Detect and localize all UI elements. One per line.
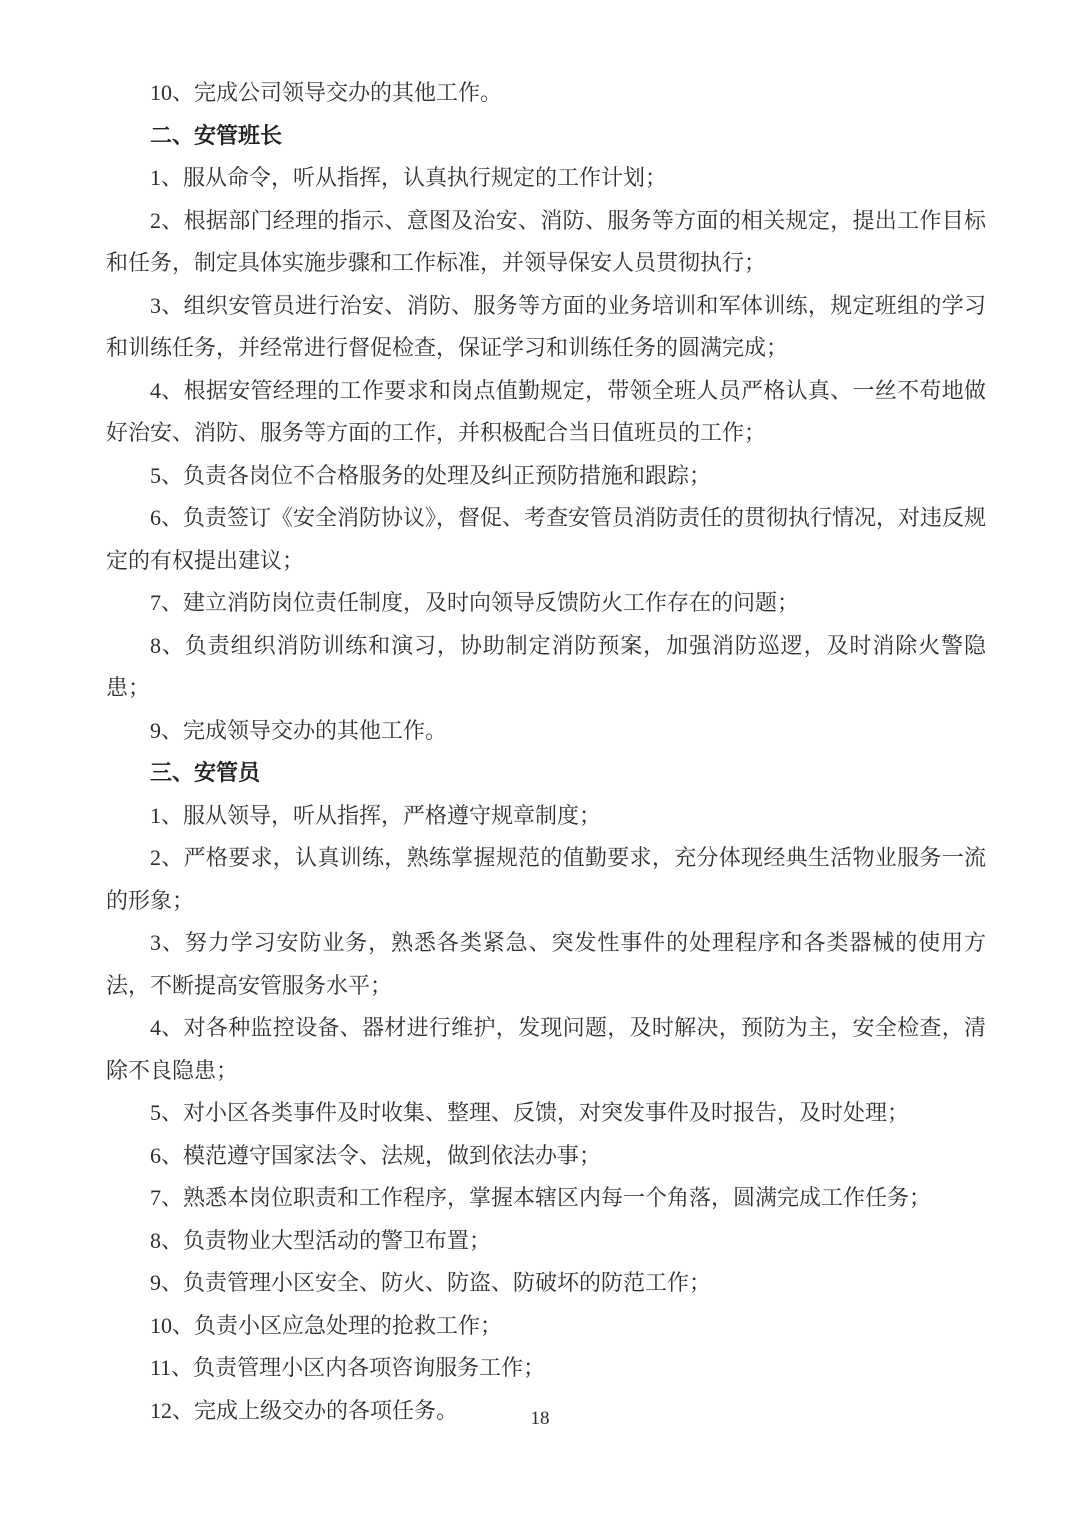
doc-paragraph: 2、根据部门经理的指示、意图及治安、消防、服务等方面的相关规定，提出工作目标和任… [106,200,986,285]
page-number: 18 [0,1406,1080,1432]
doc-paragraph: 4、根据安管经理的工作要求和岗点值勤规定，带领全班人员严格认真、一丝不苟地做好治… [106,370,986,455]
doc-paragraph: 1、服从命令，听从指挥，认真执行规定的工作计划； [106,157,986,200]
doc-paragraph: 7、熟悉本岗位职责和工作程序，掌握本辖区内每一个角落，圆满完成工作任务； [106,1177,986,1220]
doc-paragraph: 8、负责物业大型活动的警卫布置； [106,1220,986,1263]
doc-paragraph: 9、负责管理小区安全、防火、防盗、防破坏的防范工作； [106,1262,986,1305]
doc-paragraph: 6、模范遵守国家法令、法规，做到依法办事； [106,1135,986,1178]
section-heading-squad-leader: 二、安管班长 [106,115,986,158]
doc-paragraph: 7、建立消防岗位责任制度，及时向领导反馈防火工作存在的问题； [106,582,986,625]
document-body: 10、完成公司领导交办的其他工作。 二、安管班长 1、服从命令，听从指挥，认真执… [106,72,986,1432]
doc-paragraph: 8、负责组织消防训练和演习，协助制定消防预案，加强消防巡逻，及时消除火警隐患； [106,625,986,710]
doc-paragraph: 9、完成领导交办的其他工作。 [106,710,986,753]
doc-paragraph: 3、组织安管员进行治安、消防、服务等方面的业务培训和军体训练，规定班组的学习和训… [106,285,986,370]
doc-paragraph: 3、努力学习安防业务，熟悉各类紧急、突发性事件的处理程序和各类器械的使用方法，不… [106,922,986,1007]
doc-paragraph: 11、负责管理小区内各项咨询服务工作； [106,1347,986,1390]
doc-paragraph: 10、负责小区应急处理的抢救工作； [106,1305,986,1348]
doc-paragraph: 5、对小区各类事件及时收集、整理、反馈，对突发事件及时报告，及时处理； [106,1092,986,1135]
doc-paragraph: 2、严格要求，认真训练，熟练掌握规范的值勤要求，充分体现经典生活物业服务一流的形… [106,837,986,922]
doc-paragraph: 1、服从领导，听从指挥，严格遵守规章制度； [106,795,986,838]
doc-paragraph: 6、负责签订《安全消防协议》，督促、考查安管员消防责任的贯彻执行情况，对违反规定… [106,497,986,582]
doc-paragraph: 10、完成公司领导交办的其他工作。 [106,72,986,115]
doc-paragraph: 5、负责各岗位不合格服务的处理及纠正预防措施和跟踪； [106,455,986,498]
document-page: 10、完成公司领导交办的其他工作。 二、安管班长 1、服从命令，听从指挥，认真执… [0,0,1080,1527]
doc-paragraph: 4、对各种监控设备、器材进行维护，发现问题，及时解决，预防为主，安全检查，清除不… [106,1007,986,1092]
section-heading-security-guard: 三、安管员 [106,752,986,795]
